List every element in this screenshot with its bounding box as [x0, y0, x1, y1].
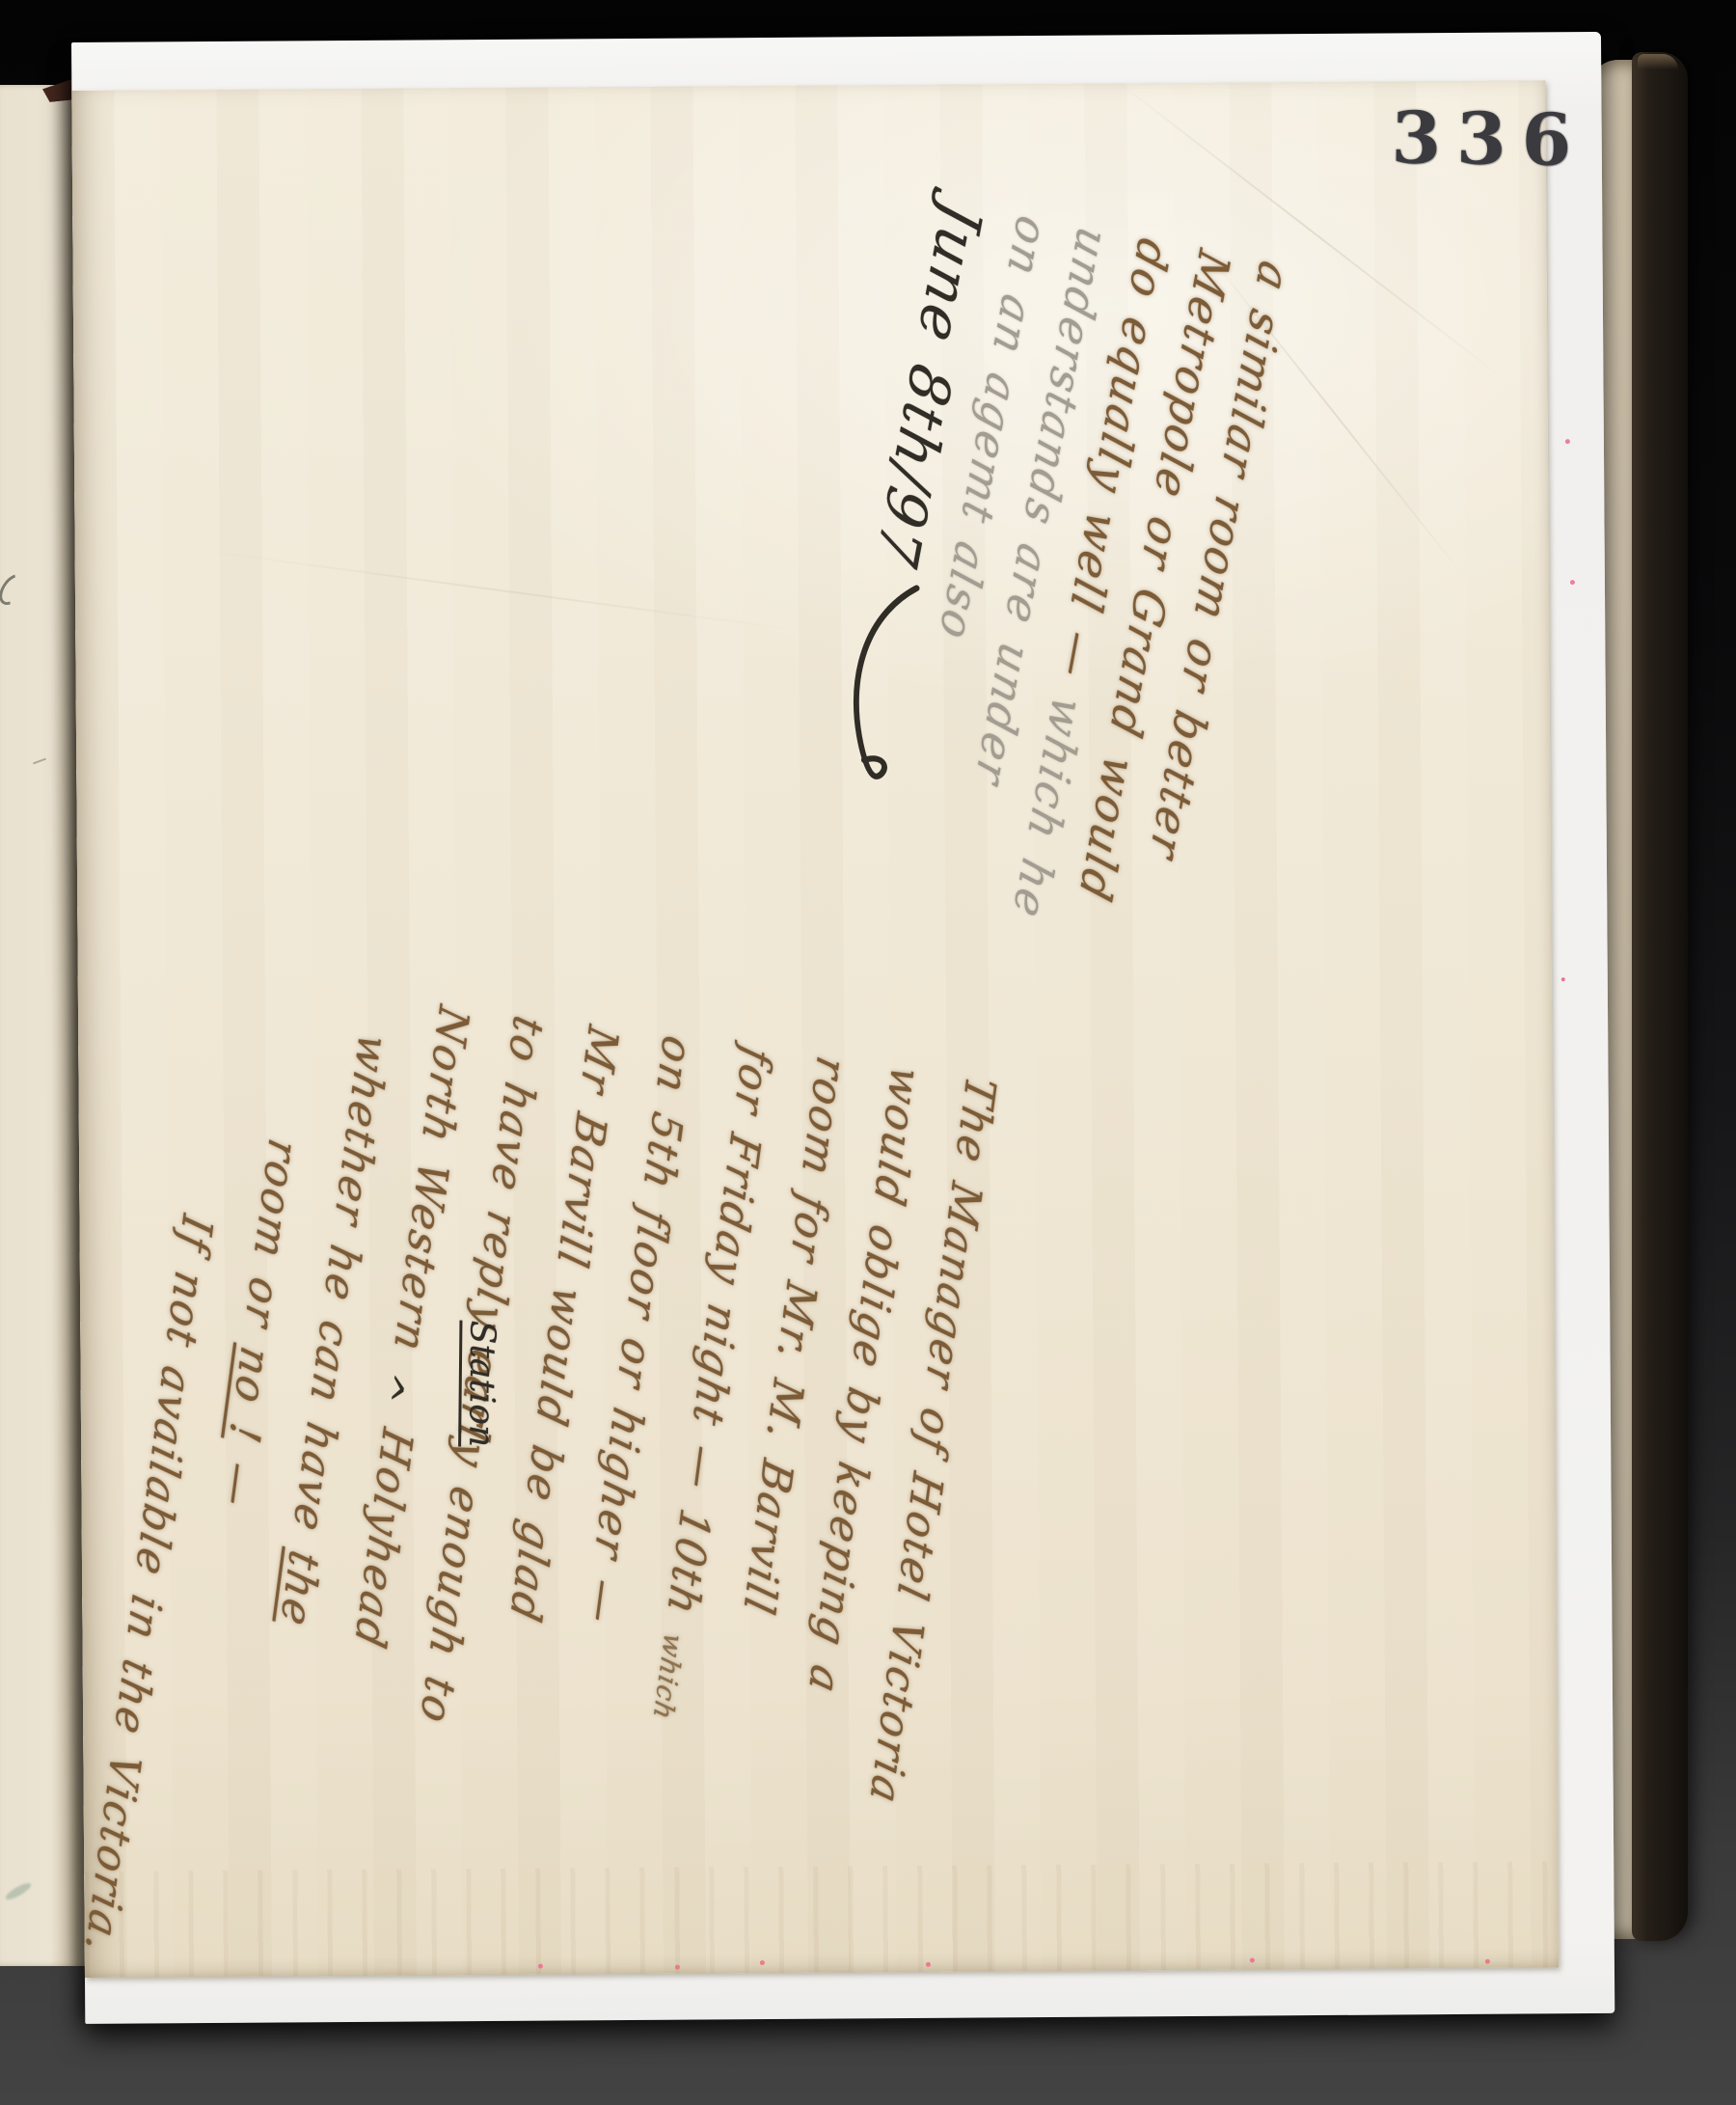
interlined-word: which — [647, 1630, 690, 1724]
top-annotation: a similar room or better Metropole or Gr… — [768, 193, 1307, 970]
page-number-stamp: 336 — [1391, 96, 1587, 182]
bottom-note: The Manager of Hotel Victoria would obli… — [94, 972, 1017, 1847]
album-page: 336 a similar room or better Metropole o… — [71, 32, 1614, 2024]
underlined-word: no ! — [219, 1342, 280, 1450]
pink-speck — [760, 1960, 765, 1965]
pink-speck — [538, 1964, 543, 1969]
pink-speck — [1570, 580, 1575, 585]
pink-speck — [926, 1962, 931, 1967]
manuscript-scan: 336 a similar room or better Metropole o… — [0, 0, 1736, 2105]
handwriting-text: — — [210, 1436, 267, 1513]
inserted-word-station: Station — [458, 1321, 499, 1448]
letter-sheet: 336 a similar room or better Metropole o… — [71, 80, 1559, 1978]
pink-speck — [1561, 977, 1565, 981]
pink-speck — [1565, 439, 1570, 444]
paper-bottom-streaks — [84, 1861, 1559, 1978]
handwriting-text: room or — [231, 1134, 307, 1353]
stray-pencil-mark — [33, 758, 46, 765]
pink-speck — [1250, 1957, 1255, 1962]
stray-ink-mark — [0, 569, 31, 610]
pink-speck — [675, 1965, 680, 1970]
paper-crease — [194, 549, 806, 633]
pink-speck — [1485, 1959, 1490, 1964]
stray-smudge-mark — [4, 1880, 33, 1902]
underlined-word: the — [270, 1545, 328, 1632]
book-cover-edge — [1632, 52, 1688, 1941]
